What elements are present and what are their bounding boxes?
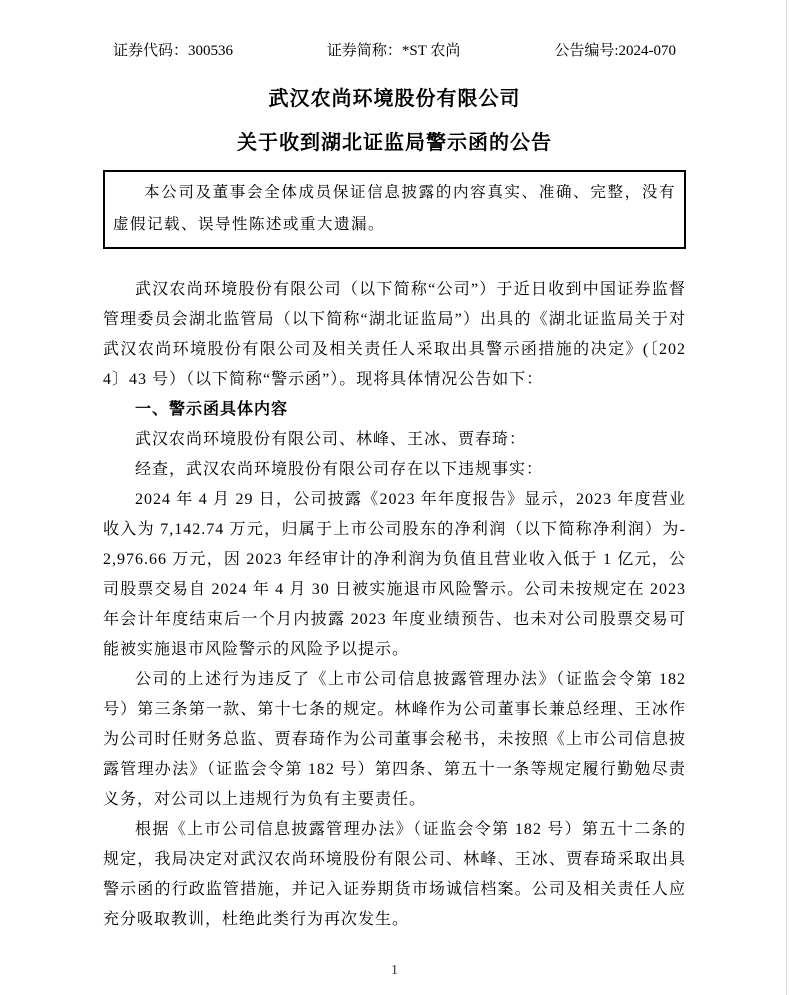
company-title: 武汉农尚环境股份有限公司 (103, 86, 686, 112)
page-edge-line (786, 0, 787, 995)
announcement-document: 证券代码：300536 证券简称：*ST 农尚 公告编号:2024-070 武汉… (0, 0, 789, 995)
stock-code: 证券代码：300536 (113, 40, 233, 62)
document-body: 武汉农尚环境股份有限公司（以下简称“公司”）于近日收到中国证券监督管理委员会湖北… (103, 275, 686, 935)
document-header: 证券代码：300536 证券简称：*ST 农尚 公告编号:2024-070 (103, 40, 686, 62)
paragraph-salutation: 武汉农尚环境股份有限公司、林峰、王冰、贾春琦： (103, 425, 686, 455)
page-number: 1 (0, 963, 789, 979)
stock-abbr: 证券简称：*ST 农尚 (327, 40, 461, 62)
paragraph-decision: 根据《上市公司信息披露管理办法》（证监会令第 182 号）第五十二条的规定，我局… (103, 815, 686, 935)
paragraph-rule-violation: 公司的上述行为违反了《上市公司信息披露管理办法》（证监会令第 182 号）第三条… (103, 665, 686, 815)
announcement-number: 公告编号:2024-070 (554, 40, 676, 62)
paragraph-violation-facts: 2024 年 4 月 29 日，公司披露《2023 年年度报告》显示，2023 … (103, 485, 686, 665)
announcement-title: 关于收到湖北证监局警示函的公告 (103, 130, 686, 156)
section-heading-1: 一、警示函具体内容 (103, 395, 686, 425)
paragraph-findings-lead: 经查，武汉农尚环境股份有限公司存在以下违规事实： (103, 455, 686, 485)
disclaimer-text: 本公司及董事会全体成员保证信息披露的内容真实、准确、完整，没有虚假记载、误导性陈… (113, 177, 676, 241)
disclaimer-box: 本公司及董事会全体成员保证信息披露的内容真实、准确、完整，没有虚假记载、误导性陈… (103, 170, 686, 249)
paragraph-intro: 武汉农尚环境股份有限公司（以下简称“公司”）于近日收到中国证券监督管理委员会湖北… (103, 275, 686, 395)
